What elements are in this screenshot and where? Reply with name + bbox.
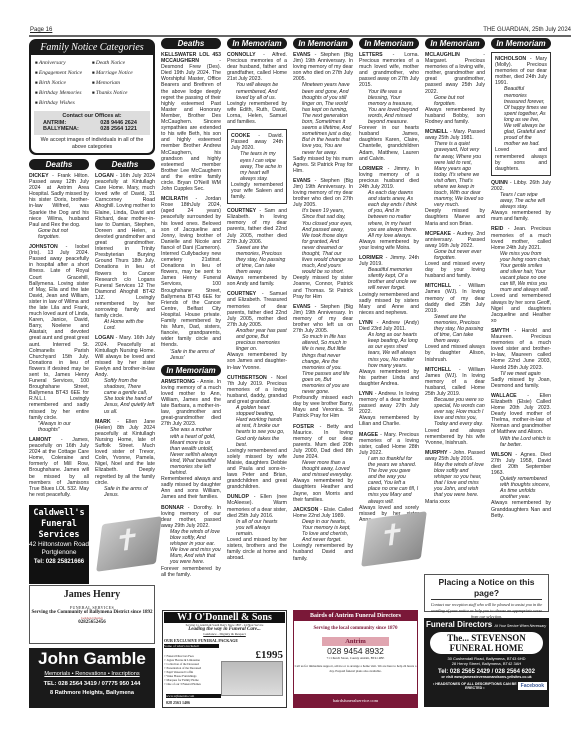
stev-addr2: 28 Henry Street, Ballymena, BT42 3AH <box>426 662 547 667</box>
notice-verse: Beautiful memories silently kept, Of a b… <box>359 267 419 291</box>
notice-verse: Because you were so special, No words ca… <box>425 397 485 427</box>
notice-name: LOGAN <box>95 173 114 179</box>
jh-phone: 02825652456 <box>30 620 154 625</box>
notice-name: CONNOLLY <box>227 52 256 58</box>
notice-footer: Loved and remembered always by her sons … <box>491 293 551 323</box>
notice-text: - Annie. In loving memory of a much love… <box>161 379 221 428</box>
notice: MCILRATH - Jordan Rose 18thJuly 2024, (a… <box>161 196 221 361</box>
notice: FOSTER - Betty and Maurice. In loving me… <box>293 424 353 503</box>
notice-text: - Sam and Elizabeth. In loving memory of… <box>227 208 287 244</box>
notice-footer: Loved and missed every day by your lovin… <box>425 261 485 279</box>
jg-tel: TEL: 028 2564 3419 / 07775 950 144 <box>29 679 155 689</box>
notice-footer: Always remembered by Lilian and Charlie. <box>359 415 419 427</box>
notice-verse: Sweet are the memories, Precious they st… <box>425 314 485 344</box>
bairds-title: Bairds of Antrim Funeral Directors <box>294 611 417 621</box>
notice: MCPEAKE - Audrey. 2nd anniversary. Passe… <box>425 231 485 280</box>
page-header: Page 16 THE GUARDIAN, 25th July 2024 <box>29 27 571 35</box>
memoriam-column-5: In Memoriam EVANS - Stephen (Big Jim) 19… <box>293 38 353 566</box>
notice: LAMONT - James, peacefully on 16th July … <box>29 437 89 498</box>
notice-verse: I am so thankful for the years we shared… <box>359 456 419 505</box>
notice-name: JOHNSTON <box>29 244 58 250</box>
category-item: Engagement Notice <box>35 68 92 78</box>
notice: LOGAN - 16th July 2024 peacefully at Kin… <box>95 173 155 331</box>
wjo-included-list: > Funeral Directors Fees> Jaguar Hearse … <box>164 654 219 686</box>
placing-notice-box: Placing a Notice on this page? Contact o… <box>424 574 549 612</box>
notice: DICKEY - Frank Hilton. Passed away 12th … <box>29 173 89 240</box>
notice-name: LORIMER <box>359 166 383 172</box>
section-banner-deaths: Deaths <box>29 159 89 170</box>
memoriam-column-7: In Memoriam MCLAUGHLIN - Margaret. Preci… <box>425 38 485 509</box>
notice: MAGEE - Mary. Precious memories of a lov… <box>359 432 419 523</box>
bairds-message: Call us for immediate support, advice or… <box>294 664 417 673</box>
notice-footer: Loved and missed always by daughter Alis… <box>425 344 485 362</box>
accept-note: We accept images of individuals in all o… <box>35 137 149 151</box>
notice-footer: Always remembered by Granddaughters Nan … <box>491 500 551 518</box>
notice-footer: Forever in our hearts husband James, dau… <box>359 125 419 162</box>
section-banner-memoriam: In Memoriam <box>161 365 221 376</box>
notice-name: QUINN <box>491 180 508 186</box>
notice-verse: Gone but never ever forgotten. <box>425 249 485 261</box>
notice-name: FOSTER <box>293 424 314 430</box>
notice-text: - Desmond Frew (Des). Died 19th July 202… <box>161 58 221 192</box>
category-item: Marriage Notice <box>92 68 149 78</box>
category-list: Anniversary Death Notice Engagement Noti… <box>35 58 149 108</box>
notice: MARK - Ellen Jane (Helen) 8th July 2024 … <box>95 419 155 498</box>
wjo-tel: 028 2563 1406 <box>166 700 190 705</box>
notice-text: - Mary. 16th July 2024. Peacefully at Ki… <box>95 335 155 378</box>
notice: MCLAUGHLIN - Margaret. Precious memories… <box>425 52 485 125</box>
notice: DUNLOP - Ellen (nee McAleese). Warm memo… <box>227 494 287 561</box>
notice: LETTERS - Lorna. Precious memories of a … <box>359 52 419 162</box>
notice-verse: In all of our hearts you will always rem… <box>227 519 287 537</box>
notice: QUINN - Libby. 26th July 2002.Tears I ca… <box>491 180 551 223</box>
notice-verse: A golden heart stopped beating, Hard wor… <box>227 405 287 448</box>
notice: COOKE - David. Passed away 24th July 202… <box>227 129 287 204</box>
notice-verse: Tears I can wipe away, The ache will alw… <box>491 192 551 210</box>
notice: LORIMER - Jimmy. In loving memory of a p… <box>359 166 419 251</box>
notice-text: - Frank Hilton. Passed away 12th July 20… <box>29 173 89 228</box>
notice-footer: Deeply missed by daughters Maeve and Mar… <box>425 208 485 226</box>
notice-text: - Lorna. Precious memories of a much lov… <box>359 52 419 88</box>
notice-name: CUTHBERTSON <box>227 375 267 381</box>
notice-name: WILSON <box>491 452 512 458</box>
notice: EVANS - Stephen (Big Jim) 19th Anniversa… <box>293 178 353 300</box>
stev-head-text: Funeral Directors <box>426 620 492 629</box>
jg-services: Memorials • Renovations • Inscriptions <box>29 670 155 679</box>
caldwell-name: Caldwell's Funeral Services <box>29 505 89 541</box>
wjo-price: £1995 <box>256 649 284 661</box>
notice-footer: Loved and always remembered by his wife … <box>425 428 485 446</box>
notice-footer: Sadly missed by his mum Agnes. St Patric… <box>293 156 353 174</box>
notice-name: COURTNEY <box>227 208 256 214</box>
bairds-branch: Antrim <box>322 637 389 646</box>
notice-name: COOKE <box>231 133 250 139</box>
notice-name: EVANS <box>293 304 311 310</box>
included-item: > One of our 3 Funeral Homes <box>164 682 219 686</box>
notice-verse: At Home with the Lord. <box>95 319 155 331</box>
caldwell-funeral-ad: Caldwell's Funeral Services 42 Hiltonsto… <box>29 505 89 584</box>
notice-name: LOGAN <box>95 335 114 341</box>
notice-footer: Loved and missed by her sisters, brother… <box>227 537 287 561</box>
header-rule <box>29 35 571 37</box>
wjo-name: WJ O'Donnell & Sons <box>164 612 285 623</box>
stev-tel: Tel: 028 2565 2429 / 028 2564 6202 <box>426 669 547 675</box>
section-banner-deaths: Deaths <box>95 159 155 170</box>
office-name: BALLYMENA: <box>43 126 79 133</box>
notice-verse: So much in life has altered, So much in … <box>293 334 353 395</box>
notice-name: LYNN <box>359 320 373 326</box>
notice-name: BONNAR <box>161 505 184 511</box>
notice-footer: Lovingly remembered by wife Edith, Ruth,… <box>227 101 287 125</box>
wjo-values: Guidance - Dignity & Respect <box>164 632 285 636</box>
notice: LYNN - Andrew. In loving memory of a dea… <box>359 391 419 428</box>
notice: KELLSWATER LOL 453 MCCAUGHERN - Desmond … <box>161 52 221 192</box>
notice-footer: Lovingly remembered your wife Saleen and… <box>231 182 283 200</box>
notice-name: MITCHELL <box>425 367 451 373</box>
notice-verse: May the winds of love blow softly and wh… <box>425 462 485 499</box>
page-number: Page 16 <box>30 27 52 33</box>
notice: CONNOLLY - Alfred. Precious memories of … <box>227 52 287 125</box>
section-banner-memoriam: In Memoriam <box>227 38 287 49</box>
notice-verse: May the winds of love blow softly, And w… <box>161 529 221 566</box>
notice: COURTNEY - Sam and Elizabeth. In loving … <box>227 208 287 287</box>
category-item: Death Notice <box>92 58 149 68</box>
section-banner-memoriam: In Memoriam <box>359 38 419 49</box>
wjo-web: www.wjfunerals.com <box>166 694 221 698</box>
notice-name: WALLACE <box>491 393 517 399</box>
deaths-column-1: Deaths DICKEY - Frank Hilton. Passed awa… <box>29 159 89 502</box>
stev-headstones: • HEADSTONES OF ALL DESCRIPTIONS CAN BE … <box>432 682 518 690</box>
notice-footer: Lovingly remembered and sadly missed by … <box>359 292 419 316</box>
wj-odonnell-ad: WJ O'Donnell & Sons Serving Co Antrim & … <box>162 610 287 708</box>
contact-panel: Contact our Offices at: ANTRIM:028 9446 … <box>34 111 150 135</box>
notice-verse: Another year has past and gone, But prec… <box>227 328 287 352</box>
notice-verse: "Always in our thoughts" <box>29 421 89 433</box>
notice-footer: Maria xxxx <box>425 499 485 505</box>
notice-name: NICHOLSON <box>495 56 526 62</box>
notice: EVANS - Stephen (Big Jim) 19th Anniversa… <box>293 304 353 420</box>
notice-name: DUNLOP <box>227 494 249 500</box>
notice-verse: Nineteen years have been and gone, And t… <box>293 82 353 155</box>
funeral-home-photo <box>221 661 283 696</box>
notice-verse: Beautiful memories treasured forever, Of… <box>495 86 547 147</box>
notice-verse: With the Lord which is far better. <box>491 436 551 448</box>
notice-name: MAGEE <box>359 432 378 438</box>
notice-text: - Isobel (Iris). 13 July 2024. Passed aw… <box>29 244 89 421</box>
notice-verse: Sweet are the memories, Precious they st… <box>227 245 287 275</box>
notice-name: ARMSTRONG <box>161 379 195 385</box>
memoriam-column-6: In Memoriam LETTERS - Lorna. Precious me… <box>359 38 419 527</box>
notice-footer: Lovingly remembered and solely missed by… <box>227 448 287 491</box>
notice-name: SMYTH <box>491 328 509 334</box>
jg-name: John Gamble <box>29 648 155 670</box>
bairds-footer: bairdsfuneralservice.com <box>294 694 417 707</box>
office-phone: 028 2564 1221 <box>100 126 137 133</box>
bairds-address: 71 Church Street, County Antrim, BT41 4B… <box>294 656 417 660</box>
notice: REID - Jean. Precious memories of a much… <box>491 226 551 324</box>
notice-verse: Softly from the shadows, There came a ge… <box>95 378 155 415</box>
notice-name: EVANS <box>293 52 311 58</box>
notice-verse: Quietly remembered with thoughts sincere… <box>491 476 551 500</box>
notice: LOGAN - Mary. 16th July 2024. Peacefully… <box>95 335 155 414</box>
category-item: Memoriam <box>92 78 149 88</box>
notice-name: LORIMER <box>359 255 383 261</box>
notice: MCNEILL - Mary. Passed away 25th July 19… <box>425 129 485 227</box>
stev-web: or visit www.jamesstevensonandsons.yells… <box>426 675 547 679</box>
notice: NICHOLSON - Mary (Molly). Precious memor… <box>491 52 551 176</box>
notice-name: LAMONT <box>29 437 51 443</box>
categories-title: Family Notice Categories <box>31 41 153 55</box>
family-notice-categories-box: Family Notice Categories Anniversary Dea… <box>29 39 155 155</box>
stevenson-funeral-ad: Funeral Directors At Your Service When N… <box>424 618 549 707</box>
notice-verse: Gone but not forgotten. <box>425 95 485 107</box>
notice-verse: We miss you from your living room chair,… <box>491 251 551 294</box>
notice-text: - James, peacefully on 16th July 2024 at… <box>29 437 89 498</box>
category-item: Birthday Memories <box>35 88 92 98</box>
notice-name: DICKEY <box>29 173 49 179</box>
placing-title: Placing a Notice on this page? <box>431 577 542 600</box>
notice-verse: Safe in the arms of Jesus. <box>95 486 155 498</box>
notice-verse: Deep in our hearts, Your memory is kept,… <box>293 519 353 543</box>
notice-verse: There is a quiet graveyard, Not very far… <box>425 141 485 208</box>
john-gamble-ad: John Gamble Memorials • Renovations • In… <box>29 648 155 708</box>
notice: LORIMER - Jimmy. 24th July 2019.Beautifu… <box>359 255 419 316</box>
notice: SMYTH - Harold and Maureen. Precious mem… <box>491 328 551 389</box>
notice-name: MCPEAKE <box>425 231 451 237</box>
notice: JOHNSTON - Isobel (Iris). 13 July 2024. … <box>29 244 89 433</box>
notice-name: MCNEILL <box>425 129 448 135</box>
category-item: Thanks Notice <box>92 88 149 98</box>
notice-footer: Profoundly missed each day by wee brothe… <box>293 395 353 419</box>
bairds-web: bairdsfuneralservice.com <box>333 698 378 703</box>
bible-cross-icon <box>96 516 162 572</box>
notice-text: - 16th July 2024 peacefully at Kintullag… <box>95 173 155 319</box>
category-item: Anniversary <box>35 58 92 68</box>
notice: MITCHELL - William James (WJ). In loving… <box>425 283 485 362</box>
notice: MITCHELL - William James (WJ). In loving… <box>425 367 485 446</box>
bairds-antrim-ad: Bairds of Antrim Funeral Directors Servi… <box>293 610 418 708</box>
notice-verse: Gone but not forgotten. <box>29 228 89 240</box>
notice: BONNAR - Dorothy. In loving memory of ou… <box>161 505 221 578</box>
notice: ARMSTRONG - Annie. In loving memory of a… <box>161 379 221 501</box>
section-banner-memoriam: In Memoriam <box>491 38 551 49</box>
notice-footer: Always remembered by husband Bobby, son … <box>425 107 485 125</box>
deaths-column-3: Deaths KELLSWATER LOL 453 MCCAUGHERN - D… <box>161 38 221 582</box>
notice-name: LYNN <box>359 391 373 397</box>
publication-date: THE GUARDIAN, 25th July 2024 <box>483 27 571 33</box>
notice-name: COURTNEY <box>227 291 256 297</box>
notice-text: - Ellen Elizabeth (Elsie) Called Home 20… <box>491 393 551 436</box>
jg-address: 8 Rathmore Heights, Ballymena <box>29 689 155 698</box>
stev-name: The... STEVENSON FUNERAL HOME <box>430 632 543 654</box>
notice-footer: Always remembered by your loving wife Mo… <box>359 239 419 251</box>
notice: WALLACE - Ellen Elizabeth (Elsie) Called… <box>491 393 551 448</box>
caldwell-address: 42 Hiltonstown Road Portglenone <box>29 541 89 557</box>
category-item: Birthday Wishes <box>35 98 92 108</box>
stev-head: Funeral Directors At Your Service When N… <box>426 620 547 629</box>
notice: MURPHY - John. Passed away 25th July 201… <box>425 450 485 505</box>
notice: WILSON - Agnes. Died 27th July 1958, Dav… <box>491 452 551 519</box>
notice-footer: Sadly missed by Joan, Desmond and family… <box>491 377 551 389</box>
notice: COURTNEY - Samuel and Elizabeth. Treasur… <box>227 291 287 370</box>
notice-name: JACKSON <box>293 507 318 513</box>
memoriam-column-8: In Memoriam NICHOLSON - Mary (Molly). Pr… <box>491 38 551 523</box>
notice-text: - Jordan Rose 18thJuly 2024, (aged 24 ye… <box>161 196 221 348</box>
section-banner-deaths: Deaths <box>161 38 221 49</box>
notice-verse: You will always be remembered, And loved… <box>227 82 287 100</box>
wjo-package: OUR EXCLUSIVE FUNERAL PACKAGE <box>164 638 285 643</box>
section-banner-memoriam: In Memoriam <box>293 38 353 49</box>
notice-footer: Lovingly remembered by husband David and… <box>293 543 353 561</box>
notice-name: MARK <box>95 419 111 425</box>
notice-name: MITCHELL <box>425 283 451 289</box>
bible-cross-icon <box>361 511 427 567</box>
notice-name: MCILRATH <box>161 196 188 202</box>
notice: JACKSON - Elsie. Called Home 22nd July 1… <box>293 507 353 562</box>
notice-footer: Always remembered by daughters Heather a… <box>293 478 353 502</box>
notice-verse: Never more than a thought away, Loved an… <box>293 460 353 478</box>
notice: EVANS - Stephen (Big Jim) 19th Anniversa… <box>293 52 353 174</box>
notice-footer: Deeply missed by sister Joanne, Connor, … <box>293 275 353 299</box>
james-henry-ad: James Henry FUNERAL SERVICES Serving the… <box>29 585 155 644</box>
notice-text: - Samuel and Elizabeth. Treasured memori… <box>227 291 287 327</box>
notice-footer: Always remembered by son Andy and family… <box>227 275 287 287</box>
stev-tagline: At Your Service When Necessary <box>494 624 546 628</box>
notice-text: - Harold and Maureen. Precious memories … <box>491 328 551 371</box>
notice-verse: As each day dawns and starts anew, As ea… <box>359 190 419 239</box>
bairds-phone: 028 9454 8932 <box>294 646 417 656</box>
notice-footer: Always remembered by son James and daugh… <box>227 352 287 370</box>
notice-verse: It's been 19 years, Since that sad day, … <box>293 208 353 275</box>
jh-name: James Henry <box>30 589 154 600</box>
notice-text: - Ellen Jane (Helen) 8th July 2024 peace… <box>95 419 155 486</box>
notice: CUTHBERTSON - Noel 7th July 2019. Precio… <box>227 375 287 491</box>
notice: LYNN - Andrew (Andy) Died 23rd July 2011… <box>359 320 419 387</box>
facebook-icon: Facebook <box>518 682 547 690</box>
category-item: Birth Notice <box>35 78 92 88</box>
notice-name: MCLAUGHLIN <box>425 52 460 58</box>
notice-name: EVANS <box>293 178 311 184</box>
notice-verse: The tears in my eyes I can wipe away, Th… <box>231 151 283 181</box>
memoriam-column-4: In Memoriam CONNOLLY - Alfred. Precious … <box>227 38 287 565</box>
bairds-serving: Serving the local community since 1870 <box>294 626 417 631</box>
notice-text: - Margaret. Precious memories of a lovin… <box>425 52 485 95</box>
caldwell-tel: Tel: 028 25821666 <box>29 559 89 565</box>
notice-verse: 'Safe in the arms of Jesus' <box>161 349 221 361</box>
notice-footer: Always remembered by his partner Linda a… <box>359 369 419 387</box>
notice-verse: As long as our hearts keep beating, As l… <box>359 332 419 369</box>
notice-verse: She was a mother with a heart of gold, M… <box>161 427 221 476</box>
notice-text: - Betty and Maurice. In loving memory of… <box>293 424 353 460</box>
notice-name: MURPHY <box>425 450 447 456</box>
notice-name: LETTERS <box>359 52 383 58</box>
notice-name: REID <box>491 226 503 232</box>
wjo-included-heading: Some of what's included: <box>164 644 219 648</box>
notice-footer: Loved and remembered always by sons and … <box>495 147 547 171</box>
deaths-column-2: Deaths LOGAN - 16th July 2024 peacefully… <box>95 159 155 502</box>
notice-footer: Forever remembered by all the family. <box>161 566 221 578</box>
notice-verse: Your life was a blessing, Your memory a … <box>359 89 419 126</box>
notice-footer: Remembered always and sadly missed by da… <box>161 476 221 500</box>
notice-footer: Always remembered by mum and family. <box>491 210 551 222</box>
section-banner-memoriam: In Memoriam <box>425 38 485 49</box>
